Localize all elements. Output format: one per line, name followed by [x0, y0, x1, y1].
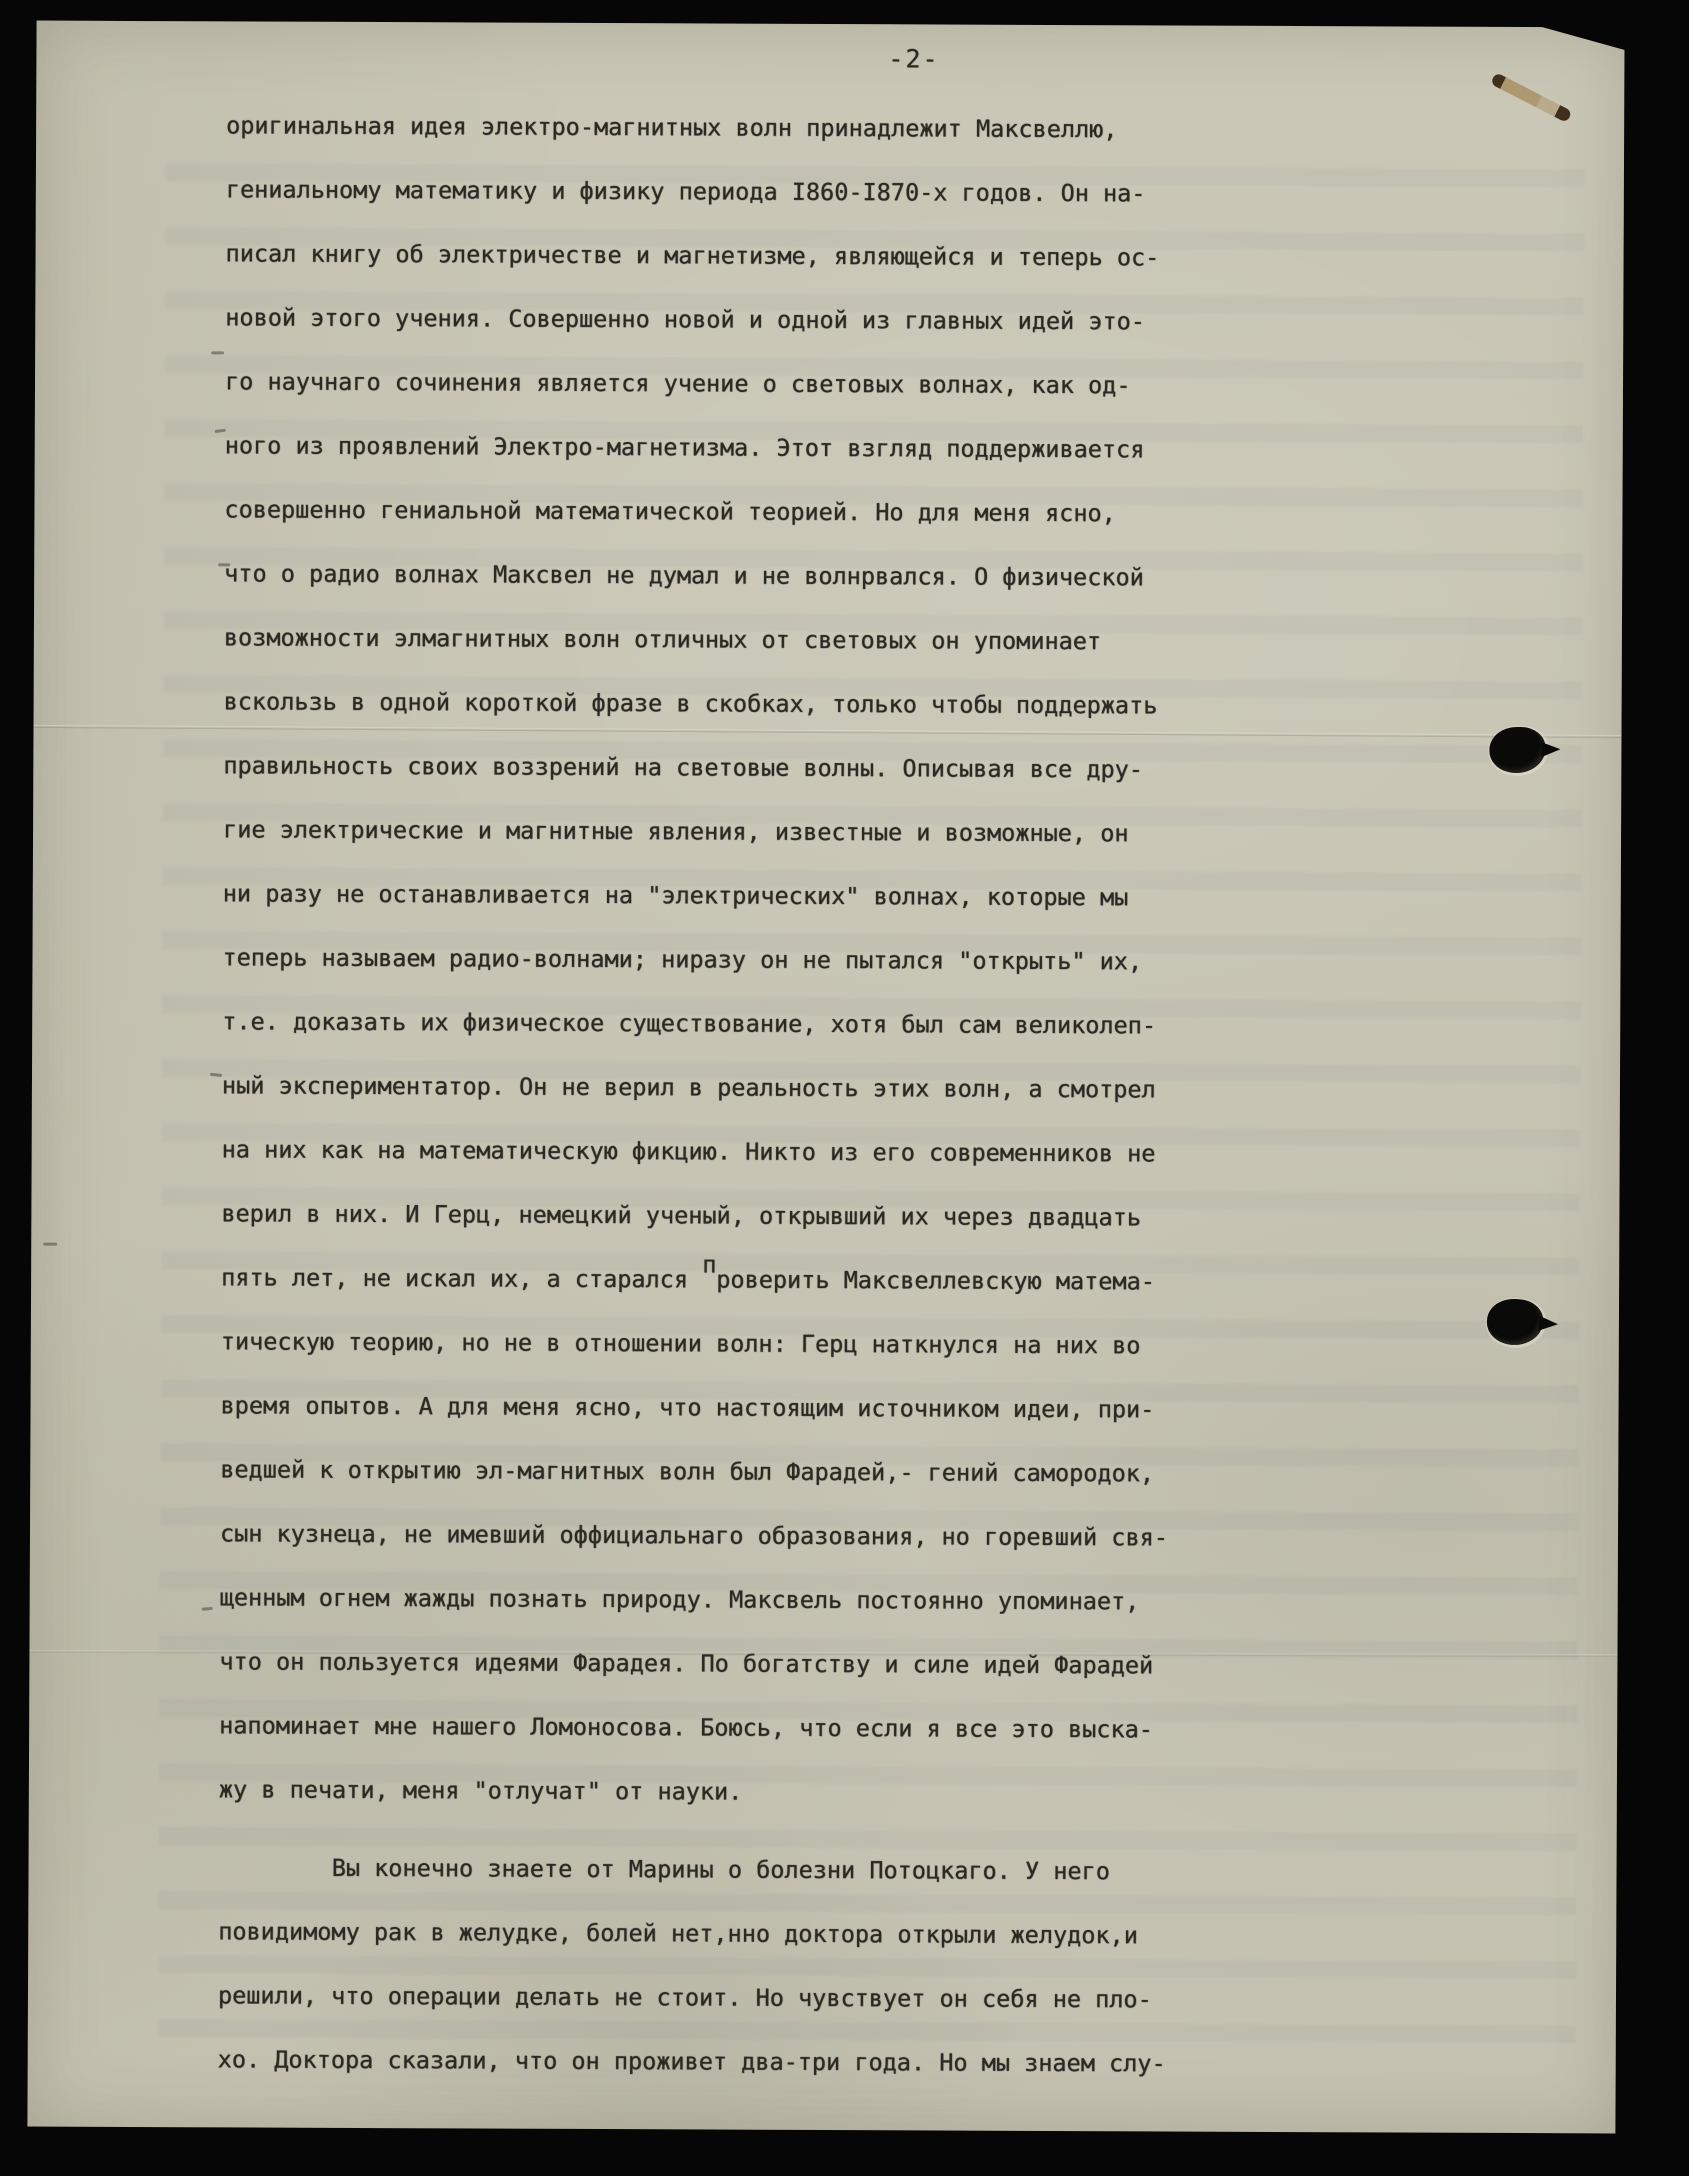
- typed-line: вскользь в одной короткой фразе в скобка…: [223, 669, 1303, 738]
- typed-line: возможности элмагнитных волн отличных от…: [224, 605, 1304, 674]
- rust-stain: [1490, 72, 1572, 123]
- typed-line: ведшей к открытию эл-магнитных волн был …: [220, 1437, 1300, 1506]
- typed-line: на них как на математическую фикцию. Ник…: [222, 1117, 1302, 1186]
- typed-line: сын кузнеца, не имевший оффициальнаго об…: [220, 1501, 1300, 1570]
- typed-line: что он пользуется идеями Фарадея. По бог…: [219, 1629, 1299, 1698]
- typed-line-text: пять лет, не искал их, а старался: [221, 1263, 702, 1293]
- typed-line: ни разу не останавливается на "электриче…: [223, 861, 1303, 930]
- punch-hole: [1485, 1297, 1544, 1347]
- page-number: -2-: [888, 44, 939, 73]
- typed-line: решили, что операции делать не стоит. Но…: [218, 1963, 1298, 2032]
- typed-line: т.е. доказать их физическое существовани…: [222, 989, 1302, 1058]
- typed-correction-superscript: п: [702, 1251, 716, 1279]
- typed-line: напоминает мне нашего Ломоносова. Боюсь,…: [219, 1693, 1299, 1762]
- typed-line: время опытов. А для меня ясно, что насто…: [220, 1373, 1300, 1442]
- typed-line: гие электрические и магнитные явления, и…: [223, 797, 1303, 866]
- punch-hole: [1489, 727, 1545, 773]
- typed-line: что о радио волнах Максвел не думал и не…: [224, 541, 1304, 610]
- typed-line: верил в них. И Герц, немецкий ученый, от…: [221, 1181, 1301, 1250]
- typed-line: тическую теорию, но не в отношении волн:…: [221, 1309, 1301, 1378]
- paper-corner-cut: [1531, 24, 1626, 50]
- paper-sheet: -2- оригинальная идея электро-магнитных …: [27, 21, 1624, 2134]
- margin-pencil-mark: [218, 563, 230, 566]
- margin-pencil-mark: [43, 1243, 57, 1246]
- typed-line: новой этого учения. Совершенно новой и о…: [225, 285, 1305, 354]
- typed-line: жу в печати, меня "отлучат" от науки.: [219, 1757, 1299, 1826]
- typed-line: оригинальная идея электро-магнитных волн…: [226, 93, 1306, 162]
- scanned-letter-page: { "page": { "number_label": "-2-", "lang…: [0, 0, 1689, 2176]
- typed-line: го научнаго сочинения является учение о …: [225, 349, 1305, 418]
- typed-line: писал книгу об электричестве и магнетизм…: [225, 221, 1305, 290]
- margin-pencil-mark: [202, 1607, 213, 1611]
- typed-line: хо. Доктора сказали, что он проживет два…: [218, 2027, 1298, 2096]
- typed-line: Вы конечно знаете от Марины о болезни По…: [218, 1835, 1298, 1904]
- typed-lines: оригинальная идея электро-магнитных волн…: [218, 93, 1307, 2096]
- typed-line: ного из проявлений Электро-магнетизма. Э…: [225, 413, 1305, 482]
- typed-line: ный экспериментатор. Он не верил в реаль…: [222, 1053, 1302, 1122]
- typed-line: повидимому рак в желудке, болей нет,нно …: [218, 1899, 1298, 1968]
- typed-line: щенным огнем жажды познать природу. Макс…: [220, 1565, 1300, 1634]
- typed-line: гениальному математику и физику периода …: [226, 157, 1306, 226]
- typed-line: пять лет, не искал их, а старался провер…: [221, 1245, 1301, 1314]
- margin-pencil-mark: [211, 351, 224, 354]
- margin-pencil-mark: [210, 1073, 222, 1077]
- typed-line: теперь называем радио-волнами; ниразу он…: [222, 925, 1302, 994]
- typed-line: совершенно гениальной математической тео…: [224, 477, 1304, 546]
- typed-line: правильность своих воззрений на световые…: [223, 733, 1303, 802]
- typed-line-text: роверить Максвеллевскую матема-: [716, 1266, 1155, 1296]
